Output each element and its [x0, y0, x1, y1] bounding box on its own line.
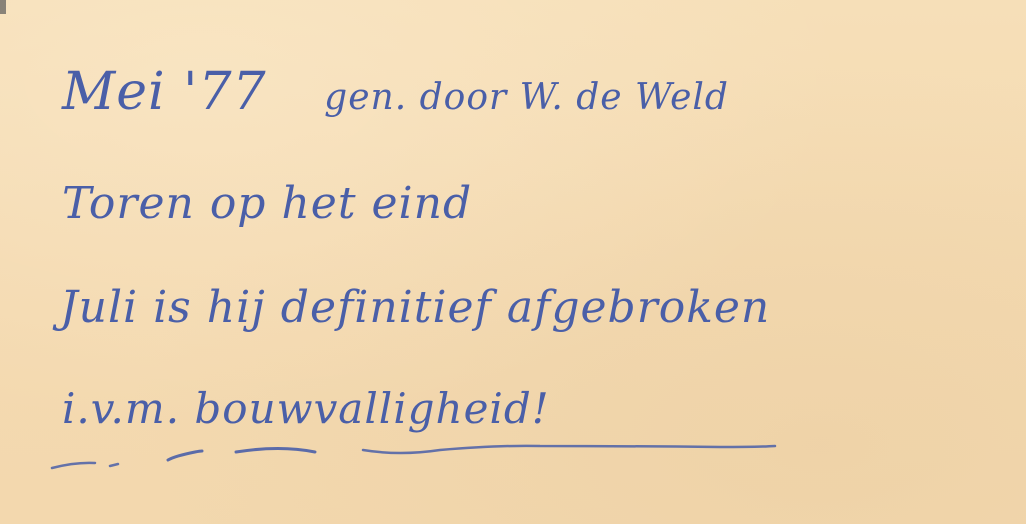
note-line-demolished: Juli is hij definitief afgebroken — [60, 282, 770, 333]
card-corner-shadow — [0, 0, 6, 14]
note-date: Mei '77 — [62, 62, 267, 122]
note-line-reason: i.v.m. bouwvalligheid! — [62, 384, 550, 433]
note-line-date-and-author: Mei '77 gen. door W. de Weld — [62, 62, 729, 122]
note-line-tower: Toren op het eind — [62, 178, 472, 229]
note-author: gen. door W. de Weld — [324, 77, 729, 118]
handwritten-note-card: Mei '77 gen. door W. de Weld Toren op he… — [0, 0, 1026, 524]
